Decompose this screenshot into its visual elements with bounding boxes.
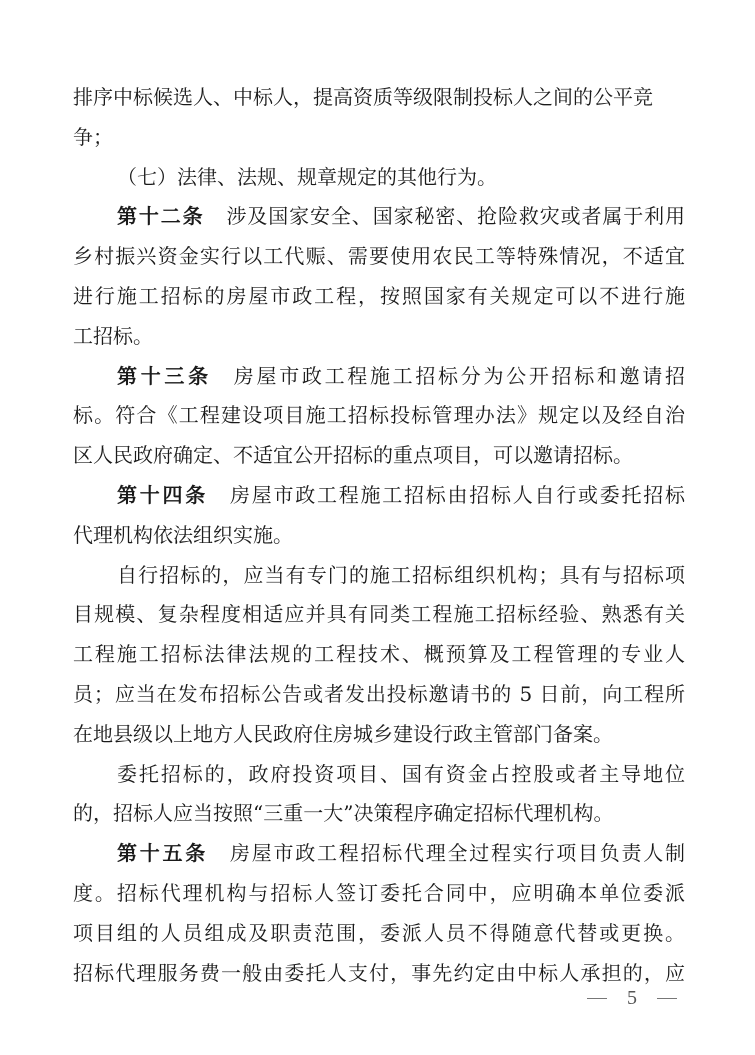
article-heading-14: 第十四条: [117, 483, 208, 507]
article-13-line: 第十三条房屋市政工程施工招标分为公开招标和邀请招: [73, 357, 685, 397]
text-line: 目规模、复杂程度相适应并具有同类工程施工招标经验、熟悉有关: [73, 595, 685, 635]
text-line: 排序中标候选人、中标人，提高资质等级限制投标人之间的公平竞: [73, 78, 685, 118]
article-heading-15: 第十五条: [117, 841, 208, 865]
article-heading-12: 第十二条: [117, 204, 205, 228]
text-line: 争；: [73, 118, 685, 158]
text-line: 标。符合《工程建设项目施工招标投标管理办法》规定以及经自治: [73, 396, 685, 436]
page-number: 5: [627, 987, 637, 1010]
article-text: 房屋市政工程施工招标由招标人自行或委托招标: [230, 483, 685, 507]
article-text: 房屋市政工程施工招标分为公开招标和邀请招: [234, 364, 685, 388]
text-line: 代理机构依法组织实施。: [73, 516, 685, 556]
text-line: 度。招标代理机构与招标人签订委托合同中，应明确本单位委派: [73, 874, 685, 914]
dash-left: [587, 998, 607, 999]
article-text: 涉及国家安全、国家秘密、抢险救灾或者属于利用: [227, 204, 685, 228]
list-item-7: （七）法律、法规、规章规定的其他行为。: [73, 158, 685, 198]
text-line: 区人民政府确定、不适宜公开招标的重点项目，可以邀请招标。: [73, 436, 685, 476]
text-line: 在地县级以上地方人民政府住房城乡建设行政主管部门备案。: [73, 715, 685, 755]
text-line: 的，招标人应当按照“三重一大”决策程序确定招标代理机构。: [73, 794, 685, 834]
document-body: 排序中标候选人、中标人，提高资质等级限制投标人之间的公平竞 争； （七）法律、法…: [73, 78, 685, 993]
paragraph-start: 委托招标的，政府投资项目、国有资金占控股或者主导地位: [73, 755, 685, 795]
text-line: 工招标。: [73, 317, 685, 357]
article-15-line: 第十五条房屋市政工程招标代理全过程实行项目负责人制: [73, 834, 685, 874]
text-line: 项目组的人员组成及职责范围，委派人员不得随意代替或更换。: [73, 914, 685, 954]
text-line: 进行施工招标的房屋市政工程，按照国家有关规定可以不进行施: [73, 277, 685, 317]
article-14-line: 第十四条房屋市政工程施工招标由招标人自行或委托招标: [73, 476, 685, 516]
article-12-line: 第十二条涉及国家安全、国家秘密、抢险救灾或者属于利用: [73, 197, 685, 237]
page-footer: 5: [587, 985, 677, 1011]
text-line: 乡村振兴资金实行以工代赈、需要使用农民工等特殊情况，不适宜: [73, 237, 685, 277]
paragraph-start: 自行招标的，应当有专门的施工招标组织机构；具有与招标项: [73, 556, 685, 596]
dash-right: [657, 998, 677, 999]
article-heading-13: 第十三条: [117, 364, 212, 388]
text-line: 员；应当在发布招标公告或者发出投标邀请书的 5 日前，向工程所: [73, 675, 685, 715]
article-text: 房屋市政工程招标代理全过程实行项目负责人制: [230, 841, 685, 865]
text-line: 工程施工招标法律法规的工程技术、概预算及工程管理的专业人: [73, 635, 685, 675]
